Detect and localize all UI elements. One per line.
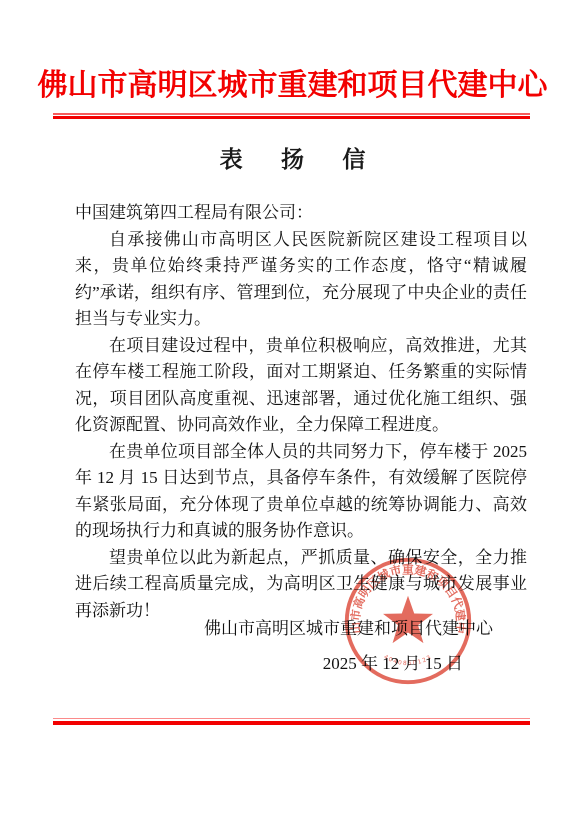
letter-title: 表 扬 信: [0, 141, 585, 174]
letterhead-divider-thick-line: [53, 116, 530, 119]
letterhead-org-name: 佛山市高明区城市重建和项目代建中心: [0, 60, 585, 104]
letterhead-divider: [53, 113, 530, 119]
signature-org-name: 佛山市高明区城市重建和项目代建中心: [0, 614, 585, 639]
signature-block: 佛山市高明区城市重建和项目代建中心 2025 年 12 月 15 日: [0, 614, 585, 674]
body-paragraph: 自承接佛山市高明区人民医院新院区建设工程项目以来，贵单位始终秉持严谨务实的工作态…: [75, 227, 527, 333]
recipient-line: 中国建筑第四工程局有限公司：: [75, 200, 527, 227]
footer-divider-thick-line: [53, 721, 530, 725]
body-paragraph: 望贵单位以此为新起点，严抓质量、确保安全，全力推进后续工程高质量完成，为高明区卫…: [75, 545, 527, 625]
commendation-letter-page: 佛山市高明区城市重建和项目代建中心 表 扬 信 中国建筑第四工程局有限公司： 自…: [0, 0, 585, 829]
signature-date: 2025 年 12 月 15 日: [0, 649, 585, 674]
body-paragraph: 在贵单位项目部全体人员的共同努力下，停车楼于 2025 年 12 月 15 日达…: [75, 439, 527, 545]
letter-body: 中国建筑第四工程局有限公司： 自承接佛山市高明区人民医院新院区建设工程项目以来，…: [75, 200, 527, 624]
body-paragraph: 在项目建设过程中，贵单位积极响应，高效推进，尤其在停车楼工程施工阶段，面对工期紧…: [75, 333, 527, 439]
footer-divider: [53, 718, 530, 725]
